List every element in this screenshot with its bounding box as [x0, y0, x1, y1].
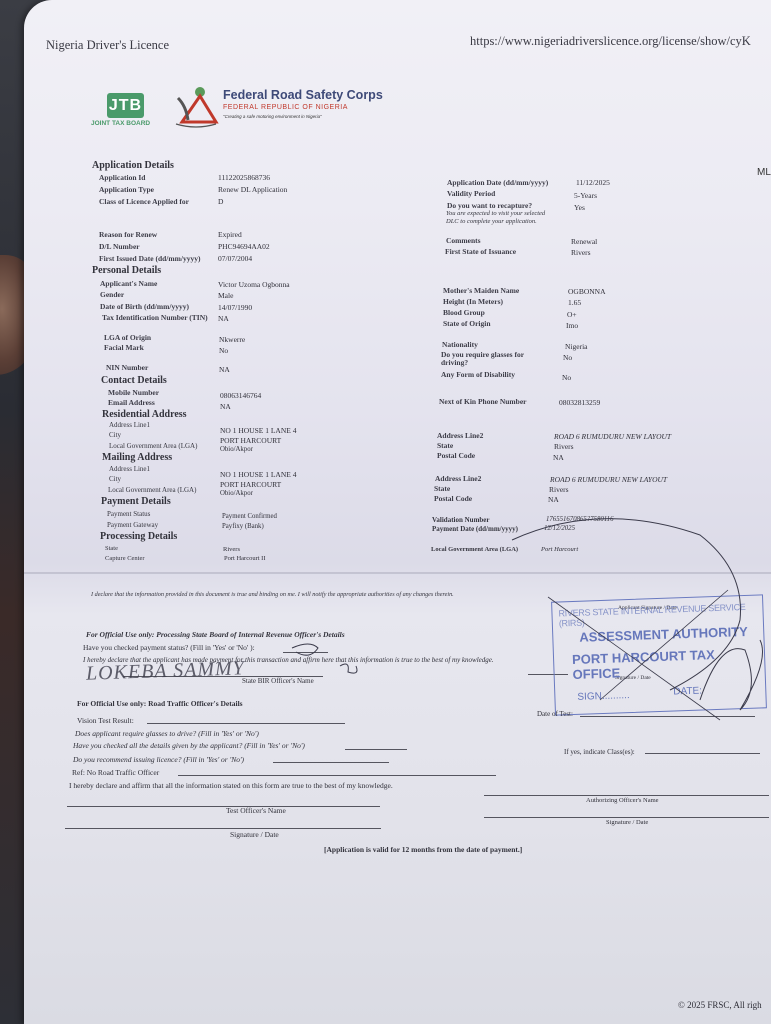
page-footer-copyright: © 2025 FRSC, All righ — [678, 1000, 762, 1010]
stamp-line-3: PORT HARCOURT TAX OFFICE — [572, 645, 765, 682]
field-value-res-lga: Obio/Akpor — [220, 446, 253, 453]
test-officer-name-label: Test Officer's Name — [226, 806, 286, 815]
date-of-test-field[interactable] — [580, 716, 755, 717]
field-value-validation-number: 176551670865?7580116 — [546, 516, 613, 523]
field-label: Mother's Maiden Name — [443, 286, 519, 295]
field-label: State of Origin — [443, 319, 491, 328]
field-label: Comments — [446, 236, 481, 245]
field-label: Applicant's Name — [100, 279, 157, 288]
vision-test-field[interactable] — [147, 723, 345, 724]
validity-note: [Application is valid for 12 months from… — [324, 845, 522, 854]
field-label: Gender — [100, 290, 124, 299]
ref-field[interactable] — [178, 775, 496, 776]
frsc-title: Federal Road Safety Corps — [223, 88, 383, 102]
test-officer-signature-label: Signature / Date — [230, 830, 279, 839]
field-label: Application Date (dd/mm/yyyy) — [447, 178, 548, 187]
recommend-field[interactable] — [273, 762, 389, 763]
field-value-res-address2: ROAD 6 RUMUDURU NEW LAYOUT — [554, 432, 671, 441]
date-of-test-label: Date of Test: — [537, 710, 573, 718]
field-value-res-postal: NA — [553, 453, 564, 462]
field-value-nationality: Nigeria — [565, 342, 588, 351]
field-value-recapture: Yes — [574, 203, 585, 212]
edge-text: ML — [757, 167, 771, 178]
classes-label: If yes, indicate Class(es): — [564, 748, 635, 756]
field-label: Payment Status — [107, 510, 150, 518]
field-value-payment-gateway: Payfixy (Bank) — [222, 523, 264, 530]
recapture-note: You are expected to visit your selected … — [446, 210, 556, 226]
field-value-res-address1: NO 1 HOUSE 1 LANE 4 — [220, 426, 296, 435]
paper-fold — [24, 572, 771, 574]
field-label: State — [437, 441, 453, 450]
field-value-comments: Renewal — [571, 237, 597, 246]
field-label: Payment Date (dd/mm/yyyy) — [432, 525, 518, 533]
field-value-payment-date: 12/12/2025 — [544, 525, 575, 532]
field-label: D/L Number — [99, 242, 140, 251]
field-label: Postal Code — [437, 451, 475, 460]
details-check-field[interactable] — [345, 749, 407, 750]
field-value-mail-address2: ROAD 6 RUMUDURU NEW LAYOUT — [550, 475, 667, 484]
section-heading-processing: Processing Details — [100, 531, 177, 542]
recommend-question: Do you recommend issuing licence? (Fill … — [73, 755, 244, 764]
field-label: Address Line1 — [109, 421, 150, 429]
frsc-emblem-icon — [172, 84, 220, 128]
field-value-application-type: Renew DL Application — [218, 185, 287, 194]
field-label: Local Government Area (LGA) — [431, 546, 518, 553]
section-heading-contact: Contact Details — [101, 375, 167, 386]
field-value-mail-address1: NO 1 HOUSE 1 LANE 4 — [220, 470, 296, 479]
field-label: City — [109, 431, 121, 439]
ref-label: Ref: No Road Traffic Officer — [72, 768, 159, 777]
field-value-licence-class: D — [218, 197, 223, 206]
field-value-email: NA — [220, 402, 231, 411]
authorizing-signature-label: Signature / Date — [606, 819, 648, 826]
stamp-sign-label: SIGN.......... — [577, 690, 630, 703]
field-label: Facial Mark — [104, 343, 144, 352]
field-label: Address Line2 — [437, 431, 483, 440]
field-label: Mobile Number — [108, 388, 159, 397]
field-value-blood-group: O+ — [567, 310, 577, 319]
field-label: Reason for Renew — [99, 230, 157, 239]
payment-check-question: Have you checked payment status? (Fill i… — [83, 643, 255, 652]
field-label: Blood Group — [443, 308, 485, 317]
section-heading-application: Application Details — [92, 160, 174, 171]
field-label: State — [434, 484, 450, 493]
field-label: Do you require glasses for driving? — [441, 351, 541, 367]
field-label: Application Id — [99, 173, 145, 182]
field-label: First Issued Date (dd/mm/yyyy) — [99, 254, 200, 263]
field-value-validity: 5-Years — [574, 191, 597, 200]
field-value-res-state: Rivers — [554, 442, 574, 451]
field-value-application-id: 11122025868736 — [218, 173, 270, 182]
field-value-mail-postal: NA — [548, 495, 559, 504]
field-value-name: Victor Uzoma Ogbonna — [218, 280, 290, 289]
bir-section-heading: For Official Use only: Processing State … — [86, 630, 345, 639]
frsc-slogan: "Creating a safe motoring environment in… — [223, 114, 322, 119]
field-value-first-state: Rivers — [571, 248, 591, 257]
declaration-text: I declare that the information provided … — [91, 591, 454, 598]
field-label: First State of Issuance — [445, 247, 516, 256]
field-value-lga-origin: Nkwerre — [219, 335, 245, 344]
stamp-line-2: ASSESSMENT AUTHORITY — [579, 624, 748, 645]
field-value-payment-status: Payment Confirmed — [222, 513, 277, 520]
field-value-mail-state: Rivers — [549, 485, 569, 494]
section-heading-mailing: Mailing Address — [102, 452, 172, 463]
field-value-dob: 14/07/1990 — [218, 303, 252, 312]
section-heading-payment: Payment Details — [101, 496, 171, 507]
field-value-reason: Expired — [218, 230, 242, 239]
field-value-application-date: 11/12/2025 — [576, 178, 610, 187]
field-value-glasses: No — [563, 353, 572, 362]
field-value-next-of-kin: 08032813259 — [559, 398, 600, 407]
field-label: Local Government Area (LGA) — [108, 486, 196, 494]
field-label: Class of Licence Applied for — [99, 197, 189, 206]
vision-test-label: Vision Test Result: — [77, 716, 134, 725]
field-label: NIN Number — [106, 363, 148, 372]
field-label: Tax Identification Number (TIN) — [102, 313, 210, 322]
authorizing-officer-name-field[interactable] — [484, 795, 769, 796]
section-heading-personal: Personal Details — [92, 265, 161, 276]
rto-section-heading: For Official Use only: Road Traffic Offi… — [77, 699, 243, 708]
field-value-processing-state: Rivers — [223, 546, 240, 553]
field-label: Validation Number — [432, 516, 490, 524]
authorizing-signature-field[interactable] — [484, 817, 769, 818]
field-value-capture-center: Port Harcourt II — [224, 555, 266, 562]
field-label: State — [105, 545, 118, 552]
field-value-disability: No — [562, 373, 571, 382]
stamp-date-label: DATE: — [673, 686, 702, 698]
field-label: City — [109, 475, 121, 483]
field-value-gender: Male — [218, 291, 233, 300]
frsc-subtitle: FEDERAL REPUBLIC OF NIGERIA — [223, 104, 348, 111]
authorizing-officer-name-label: Authorizing Officer's Name — [586, 797, 659, 804]
field-label: Capture Center — [105, 555, 145, 562]
jtb-logo: JTB — [107, 93, 144, 118]
field-label: Local Government Area (LGA) — [109, 442, 197, 450]
test-officer-name-field[interactable] — [67, 806, 380, 807]
field-label: Application Type — [99, 185, 154, 194]
field-value-first-issued: 07/07/2004 — [218, 254, 252, 263]
field-label: LGA of Origin — [104, 333, 151, 342]
field-value-mobile: 08063146764 — [220, 391, 261, 400]
field-value-facial-mark: No — [219, 346, 228, 355]
field-label: Date of Birth (dd/mm/yyyy) — [100, 302, 189, 311]
bir-officer-name-label: State BIR Officer's Name — [242, 677, 314, 685]
field-label: Height (In Meters) — [443, 297, 503, 306]
field-label: Address Line1 — [109, 465, 150, 473]
field-label: Payment Gateway — [107, 521, 158, 529]
tax-office-stamp: RIVERS STATE INTERNAL REVENUE SERVICE (R… — [551, 594, 767, 715]
section-heading-residential: Residential Address — [102, 409, 187, 420]
field-label: Any Form of Disability — [441, 370, 515, 379]
glasses-question: Does applicant require glasses to drive?… — [75, 729, 259, 738]
field-value-nin: NA — [219, 365, 230, 374]
field-label: Postal Code — [434, 494, 472, 503]
field-value-processing-lga: Port Harcourt — [541, 546, 578, 553]
print-header-url: https://www.nigeriadriverslicence.org/li… — [470, 34, 751, 49]
print-header-title: Nigeria Driver's Licence — [46, 38, 169, 53]
field-label: Do you want to recapture? — [447, 201, 532, 210]
field-value-height: 1.65 — [568, 298, 581, 307]
payment-check-field[interactable] — [283, 652, 328, 653]
field-label: Email Address — [108, 398, 155, 407]
test-officer-signature-field[interactable] — [65, 828, 381, 829]
field-value-dl-number: PHC94694AA02 — [218, 242, 270, 251]
field-label: Validity Period — [447, 189, 495, 198]
field-value-tin: NA — [218, 314, 229, 323]
jtb-name: JOINT TAX BOARD — [91, 120, 150, 127]
field-value-res-city: PORT HARCOURT — [220, 436, 281, 445]
rto-affirmation: I hereby declare and affirm that all the… — [69, 781, 393, 790]
field-value-mothers-name: OGBONNA — [568, 287, 606, 296]
field-value-mail-lga: Obio/Akpor — [220, 490, 253, 497]
details-question: Have you checked all the details given b… — [73, 741, 305, 750]
field-value-mail-city: PORT HARCOURT — [220, 480, 281, 489]
field-label: Next of Kin Phone Number — [439, 397, 527, 406]
classes-field[interactable] — [645, 753, 760, 754]
field-value-state-origin: Imo — [566, 321, 578, 330]
field-label: Nationality — [442, 340, 478, 349]
field-label: Address Line2 — [435, 474, 481, 483]
